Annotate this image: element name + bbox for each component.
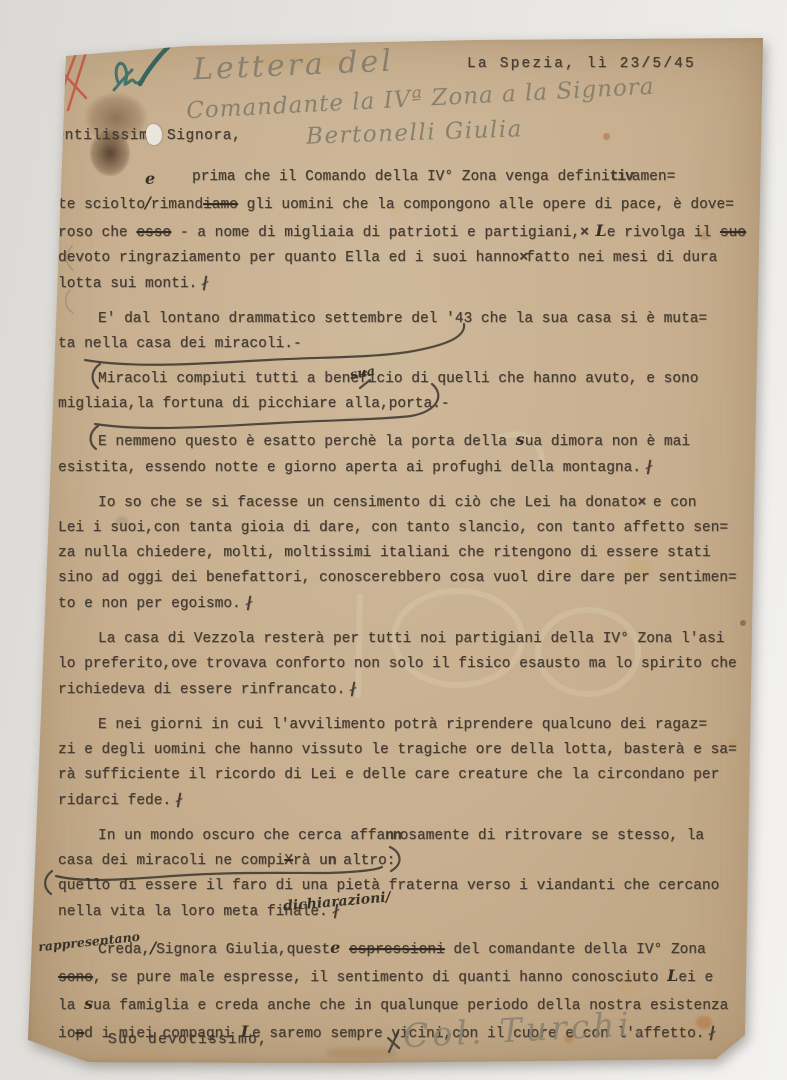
typed-segment: ta nella casa dei miracoli.- bbox=[58, 336, 302, 352]
paragraph: E nei giorni in cui l'avvilimento potrà … bbox=[58, 713, 760, 814]
typed-segment: In un mondo oscuro che cerca affa bbox=[98, 828, 385, 844]
typed-segment: rà u bbox=[293, 853, 328, 869]
typed-segment: osamente di ritrovare se stesso, la bbox=[400, 828, 705, 844]
typed-segment: , se pure male espresse, il sentimento d… bbox=[93, 970, 667, 986]
typed-segment-strike: suo bbox=[720, 225, 746, 241]
typed-line: Miracoli compiuti tutti a beneficio di q… bbox=[58, 367, 760, 392]
typed-segment: E' dal lontano drammatico settembre del … bbox=[98, 311, 707, 327]
typed-segment: zi e degli uomini che hanno vissuto le t… bbox=[58, 742, 737, 758]
typed-segment: altro: bbox=[334, 853, 395, 869]
typed-line: lo preferito,ove trovava conforto non so… bbox=[58, 652, 760, 677]
typed-segment: e con bbox=[644, 495, 696, 511]
typed-segment: io bbox=[58, 1026, 75, 1042]
typed-line: te sciolto/rimandiamo gli uomini che la … bbox=[58, 190, 760, 218]
paragraph: Io so che se si facesse un censimento di… bbox=[58, 491, 760, 617]
typed-line: za nulla chiedere, molti, moltissimi ita… bbox=[58, 541, 760, 566]
typed-line: zi e degli uomini che hanno vissuto le t… bbox=[58, 738, 760, 763]
typed-segment: La casa di Vezzola resterà per tutti noi… bbox=[98, 631, 725, 647]
typed-segment-strike: iamo bbox=[203, 197, 238, 213]
typed-segment: la bbox=[58, 998, 84, 1014]
typed-segment: del comandante della IV° Zona bbox=[445, 942, 706, 958]
typed-line: sino ad oggi dei benefattori, conoscereb… bbox=[58, 566, 760, 591]
typed-segment-hand: e bbox=[330, 938, 340, 957]
typed-line: devoto ringraziamento per quanto Ella ed… bbox=[58, 246, 760, 271]
typed-segment: lo preferito,ove trovava conforto non so… bbox=[58, 656, 737, 672]
typed-segment-strike: esso bbox=[136, 225, 171, 241]
typed-segment: ua dimora non è mai bbox=[525, 434, 690, 450]
closing-line: Suo devotissimo, bbox=[108, 1028, 268, 1053]
typed-segment: ridarci fede. bbox=[58, 793, 171, 809]
typed-line: sono, se pure male espresse, il sentimen… bbox=[58, 963, 760, 991]
typed-segment-x: tiv bbox=[610, 169, 633, 185]
typed-line: nella vita la loro meta finale.∤ bbox=[58, 899, 760, 925]
typed-segment: Signora Giulia,quest bbox=[156, 942, 330, 958]
typed-line: La casa di Vezzola resterà per tutti noi… bbox=[58, 627, 760, 652]
typed-segment-hand: L bbox=[596, 221, 607, 240]
typed-segment: za nulla chiedere, molti, moltissimi ita… bbox=[58, 545, 711, 561]
paper-chip bbox=[146, 124, 162, 145]
typed-segment-x: nn bbox=[385, 828, 400, 844]
typed-line: Creda,/Signora Giulia,queste espressioni… bbox=[58, 935, 760, 963]
typed-segment: richiedeva di essere rinfrancato. bbox=[58, 682, 345, 698]
typed-line: In un mondo oscuro che cerca affannosame… bbox=[58, 824, 760, 849]
paragraph-end-mark: ∤ bbox=[706, 1021, 718, 1046]
typed-line: to e non per egoismo.∤ bbox=[58, 591, 760, 617]
paragraph: E' dal lontano drammatico settembre del … bbox=[58, 307, 760, 357]
typed-line: casa dei miracoli ne compiXrà un altro: bbox=[58, 849, 760, 874]
typed-line: roso che esso - a nome di migliaia di pa… bbox=[58, 218, 760, 246]
typed-line: lotta sui monti.∤ bbox=[58, 271, 760, 297]
paragraph-end-mark: ∤ bbox=[199, 271, 211, 296]
typed-segment: E nei giorni in cui l'avvilimento potrà … bbox=[98, 717, 707, 733]
typed-segment: Miracoli compiuti tutti a beneficio di q… bbox=[98, 371, 698, 387]
typed-segment: devoto ringraziamento per quanto Ella ed… bbox=[58, 250, 519, 266]
typed-segment-strike: espressioni bbox=[349, 942, 445, 958]
foxing-spot bbox=[603, 133, 610, 140]
typed-segment: migliaia,la fortuna di picchiare alla,po… bbox=[58, 396, 450, 412]
typed-segment: rimand bbox=[151, 197, 203, 213]
typed-segment: prima che il Comando della IV° Zona veng… bbox=[192, 169, 610, 185]
typed-segment bbox=[587, 225, 596, 241]
teal-scribble bbox=[114, 38, 184, 90]
salutation: Gentilissima Signora, bbox=[46, 124, 241, 149]
typed-line: Lei i suoi,con tanta gioia di dare, con … bbox=[58, 516, 760, 541]
typed-segment: ei e bbox=[678, 970, 713, 986]
typed-segment: - a nome di migliaia di patrioti e parti… bbox=[171, 225, 580, 241]
typed-segment: fatto nei mesi di dura bbox=[526, 250, 717, 266]
typed-segment: rà sufficiente il ricordo di Lei e delle… bbox=[58, 767, 719, 783]
date-line: La Spezia, lì 23/5/45 bbox=[467, 52, 696, 77]
paragraph-end-mark: ∤ bbox=[643, 455, 655, 480]
typed-line: ridarci fede.∤ bbox=[58, 788, 760, 814]
typed-line: E nemmeno questo è esatto perchè la port… bbox=[58, 427, 760, 455]
paragraph: In un mondo oscuro che cerca affannosame… bbox=[58, 824, 760, 925]
typed-segment: casa dei miracoli ne compi bbox=[58, 853, 284, 869]
typed-segment: Lei i suoi,con tanta gioia di dare, con … bbox=[58, 520, 728, 536]
paragraph-end-mark: ∤ bbox=[243, 591, 255, 616]
typed-line: esistita, essendo notte e giorno aperta … bbox=[58, 455, 760, 481]
typed-line: E nei giorni in cui l'avvilimento potrà … bbox=[58, 713, 760, 738]
typed-segment: te sciolto bbox=[58, 197, 145, 213]
typed-segment-strike: p bbox=[75, 1026, 84, 1042]
typed-segment: lotta sui monti. bbox=[58, 276, 197, 292]
typed-segment bbox=[340, 942, 349, 958]
paragraph: La casa di Vezzola resterà per tutti noi… bbox=[58, 627, 760, 703]
typed-line: rà sufficiente il ricordo di Lei e delle… bbox=[58, 763, 760, 788]
typed-segment: E nemmeno questo è esatto perchè la port… bbox=[98, 434, 516, 450]
typed-segment: e rivolga il bbox=[607, 225, 720, 241]
typed-line: richiedeva di essere rinfrancato.∤ bbox=[58, 677, 760, 703]
typed-line: quello di essere il faro di una pietà fr… bbox=[58, 874, 760, 899]
typed-body: prima che il Comando della IV° Zona veng… bbox=[58, 165, 760, 1057]
archive-title-line3: Bertonelli Giulia bbox=[306, 116, 524, 150]
typed-segment: gli uomini che la compongono alle opere … bbox=[238, 197, 734, 213]
typed-line: E' dal lontano drammatico settembre del … bbox=[58, 307, 760, 332]
paragraph-end-mark: ∤ bbox=[173, 788, 185, 813]
typed-segment-strike: X bbox=[284, 853, 293, 869]
typed-segment: Io so che se si facesse un censimento di… bbox=[98, 495, 638, 511]
typed-segment: to e non per egoismo. bbox=[58, 596, 241, 612]
red-pencil-IV-mark bbox=[60, 48, 86, 110]
typed-segment: roso che bbox=[58, 225, 136, 241]
typed-line: Io so che se si facesse un censimento di… bbox=[58, 491, 760, 516]
typed-line: la sua famiglia e creda anche che in qua… bbox=[58, 991, 760, 1019]
paper-sheet: La Spezia, lì 23/5/45 Gentilissima Signo… bbox=[28, 38, 765, 1063]
typed-segment-hand: s bbox=[516, 430, 525, 449]
typed-segment-strike: sono bbox=[58, 970, 93, 986]
paragraph: E nemmeno questo è esatto perchè la port… bbox=[58, 427, 760, 481]
scanned-letter-page: La Spezia, lì 23/5/45 Gentilissima Signo… bbox=[0, 0, 787, 1080]
typed-line: migliaia,la fortuna di picchiare alla,po… bbox=[58, 392, 760, 417]
typed-segment: sino ad oggi dei benefattori, conoscereb… bbox=[58, 570, 737, 586]
paragraph: prima che il Comando della IV° Zona veng… bbox=[58, 165, 760, 297]
archive-title-line1: Lettera del bbox=[192, 44, 394, 88]
typed-segment-hand: s bbox=[84, 994, 93, 1013]
typed-line: ta nella casa dei miracoli.- bbox=[58, 332, 760, 357]
paper-sheet-wrap: La Spezia, lì 23/5/45 Gentilissima Signo… bbox=[28, 38, 765, 1063]
typed-segment-hand: L bbox=[667, 966, 678, 985]
insert-e-correction: e bbox=[145, 169, 155, 188]
typed-line: prima che il Comando della IV° Zona veng… bbox=[58, 165, 760, 190]
typed-segment: esistita, essendo notte e giorno aperta … bbox=[58, 460, 641, 476]
paragraph-end-mark: ∤ bbox=[347, 677, 359, 702]
typed-segment: amen= bbox=[632, 169, 676, 185]
paragraph: Miracoli compiuti tutti a beneficio di q… bbox=[58, 367, 760, 417]
